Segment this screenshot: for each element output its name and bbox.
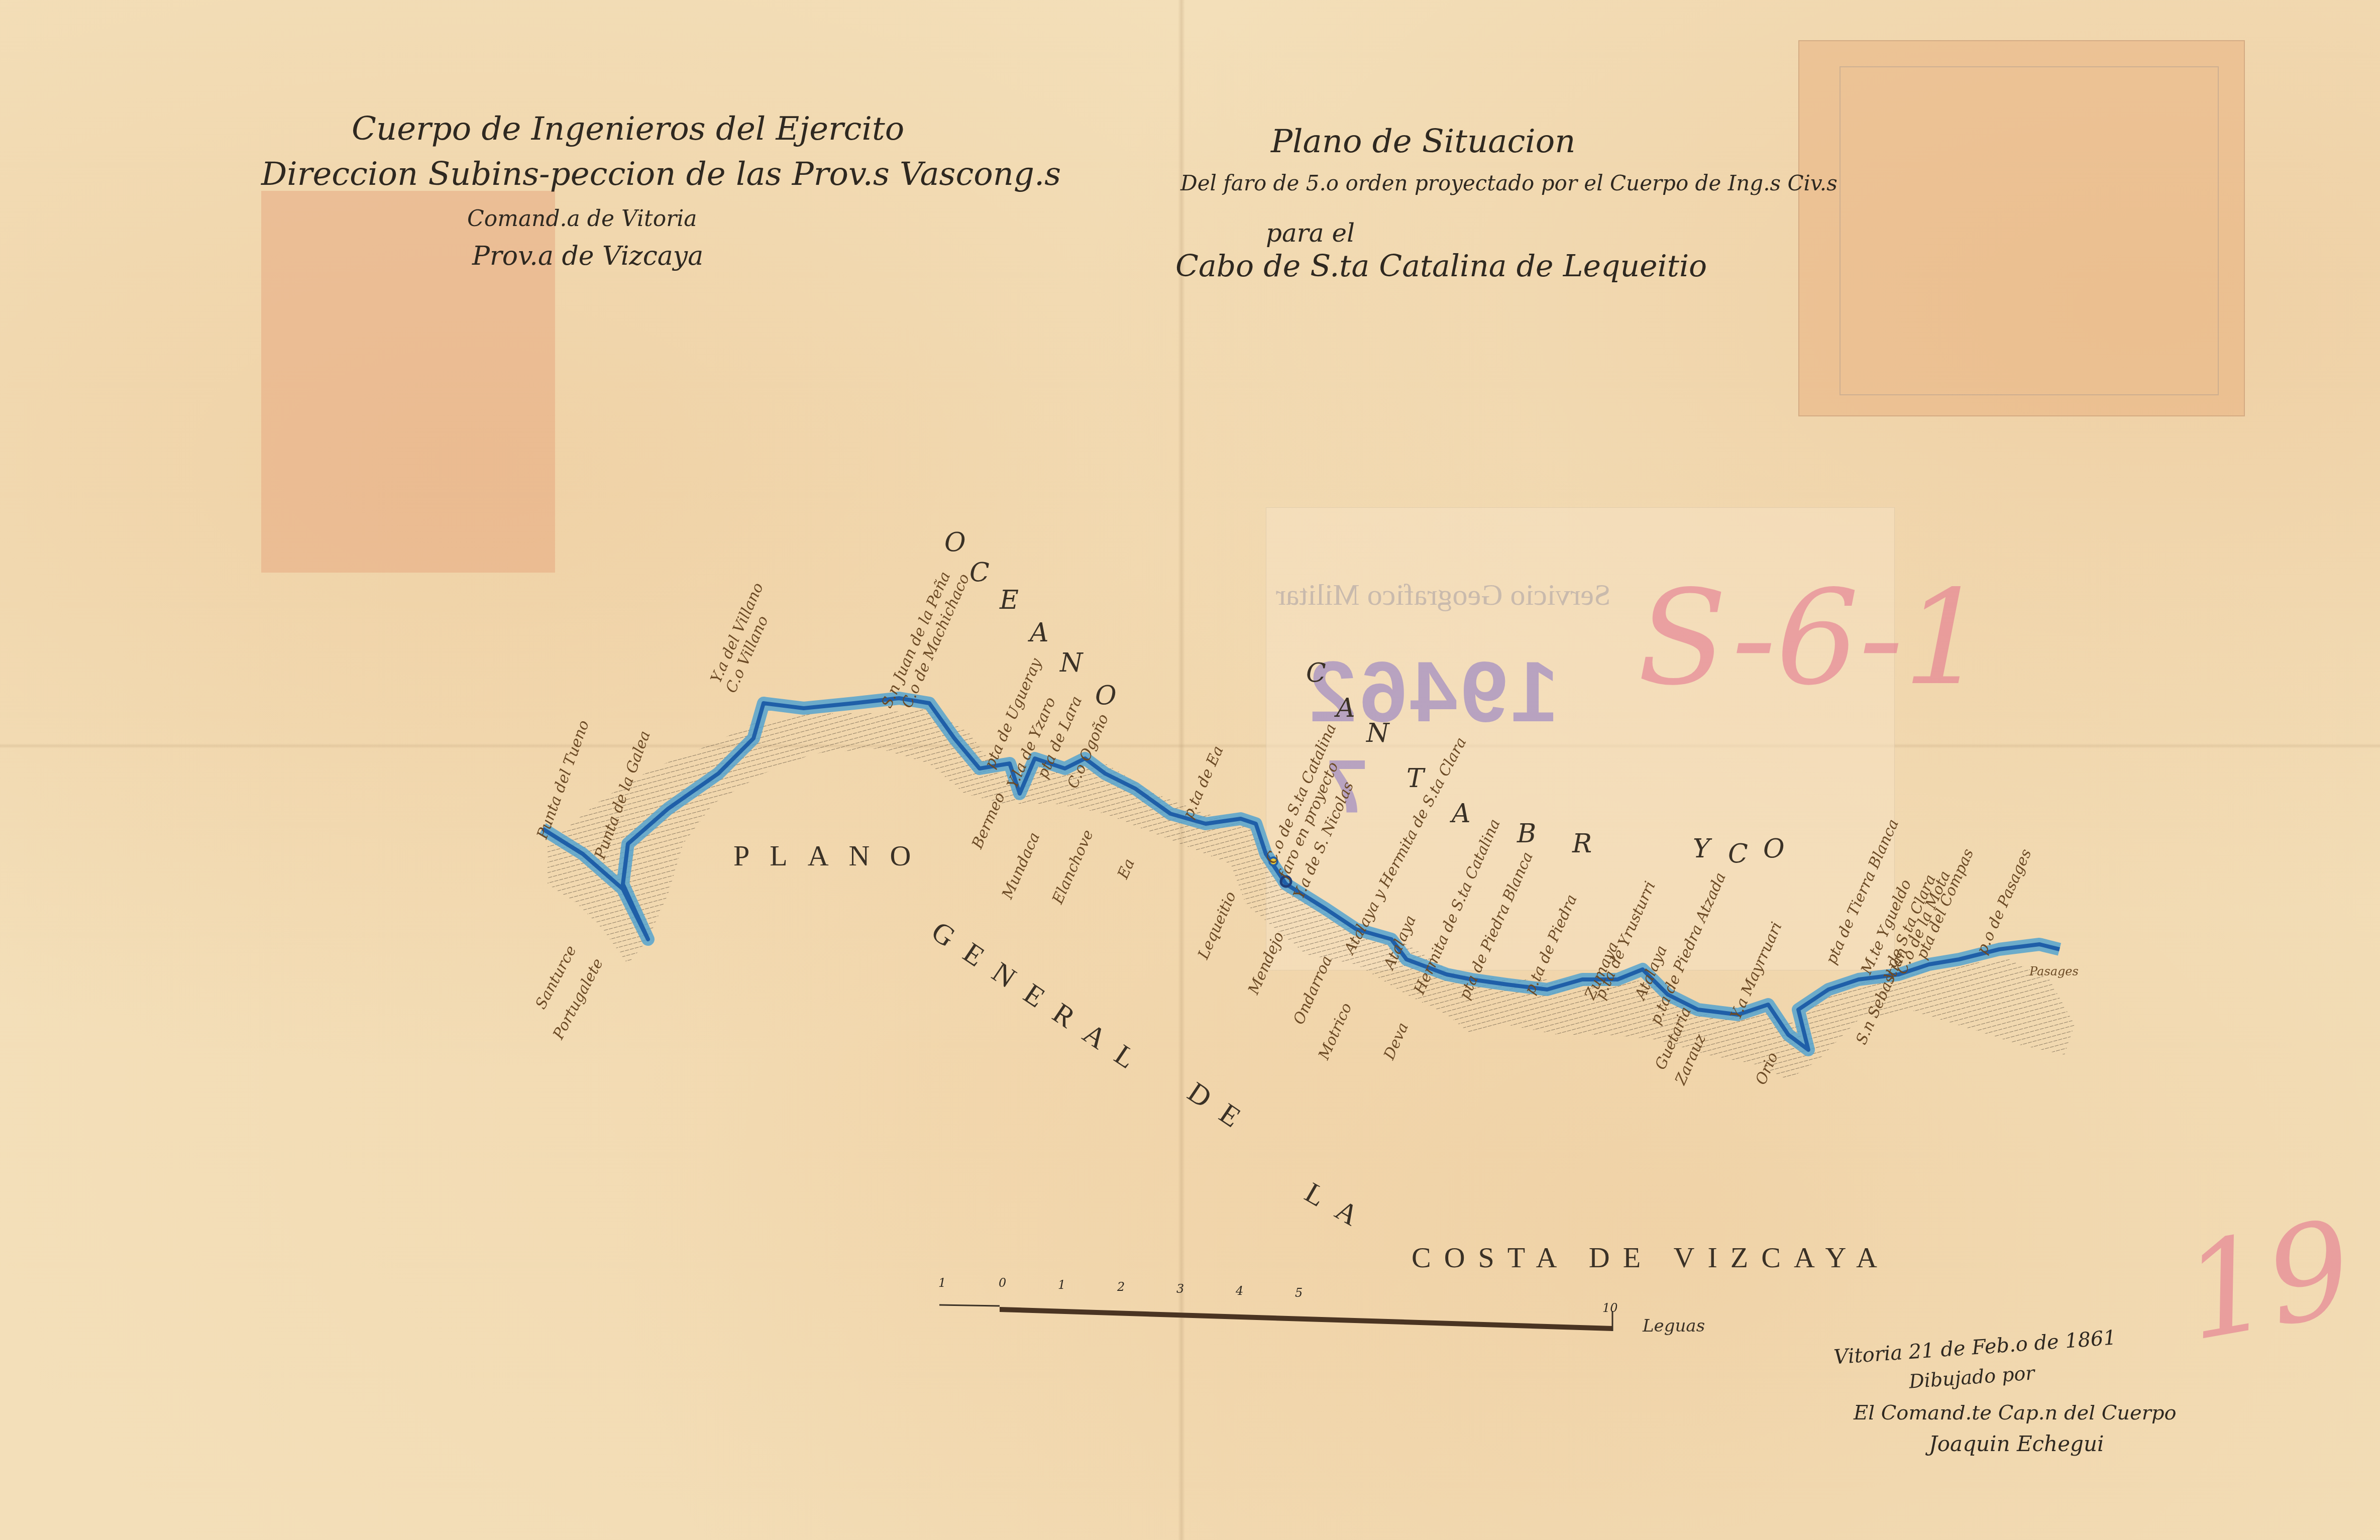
ocean-letter: C xyxy=(1306,658,1326,688)
ocean-letter: O xyxy=(944,527,966,558)
map-sheet: Servicio Geografico Militar 19462 7 Cuer… xyxy=(0,0,2380,1540)
scale-tick: 4 xyxy=(1236,1284,1243,1298)
ocean-letter: B xyxy=(1517,819,1536,849)
pencil-mark: S-6-1 xyxy=(1638,563,1986,714)
scale-tick: 10 xyxy=(1602,1301,1618,1315)
ocean-letter: T xyxy=(1407,763,1424,794)
map-title-costa-de-vizcaya: COSTA DE VIZCAYA xyxy=(1412,1241,1890,1274)
ocean-letter: A xyxy=(1336,693,1355,723)
ocean-letter: N xyxy=(1366,718,1389,748)
scale-tick: 1 xyxy=(1058,1278,1065,1292)
scale-tick: 1 xyxy=(938,1276,946,1290)
ocean-letter: A xyxy=(1452,799,1471,829)
ocean-letter: N xyxy=(1060,648,1083,678)
pencil-mark-2: 19 xyxy=(2173,1192,2363,1371)
place-label: Pasages xyxy=(2029,964,2079,978)
signature-rank: El Comand.te Cap.n del Cuerpo xyxy=(1854,1401,2177,1424)
scale-tick: 5 xyxy=(1295,1286,1303,1300)
map-title-plano: PLANO xyxy=(733,839,931,872)
ocean-letter: O xyxy=(1763,834,1785,864)
ocean-letter: E xyxy=(1000,585,1019,615)
ocean-letter: R xyxy=(1572,829,1592,859)
ocean-letter: C xyxy=(1728,839,1748,869)
scale-tick: 0 xyxy=(999,1276,1006,1290)
scale-tick: 3 xyxy=(1176,1282,1184,1296)
ocean-letter: C xyxy=(969,558,990,588)
scale-tick: 2 xyxy=(1117,1280,1125,1294)
scale-bar xyxy=(939,1291,1622,1341)
ocean-letter: Y xyxy=(1693,834,1710,864)
ocean-letter: A xyxy=(1030,618,1049,648)
scale-unit-label: Leguas xyxy=(1643,1316,1705,1336)
signature-name: Joaquin Echegui xyxy=(1929,1432,2104,1456)
ocean-letter: O xyxy=(1095,681,1117,711)
